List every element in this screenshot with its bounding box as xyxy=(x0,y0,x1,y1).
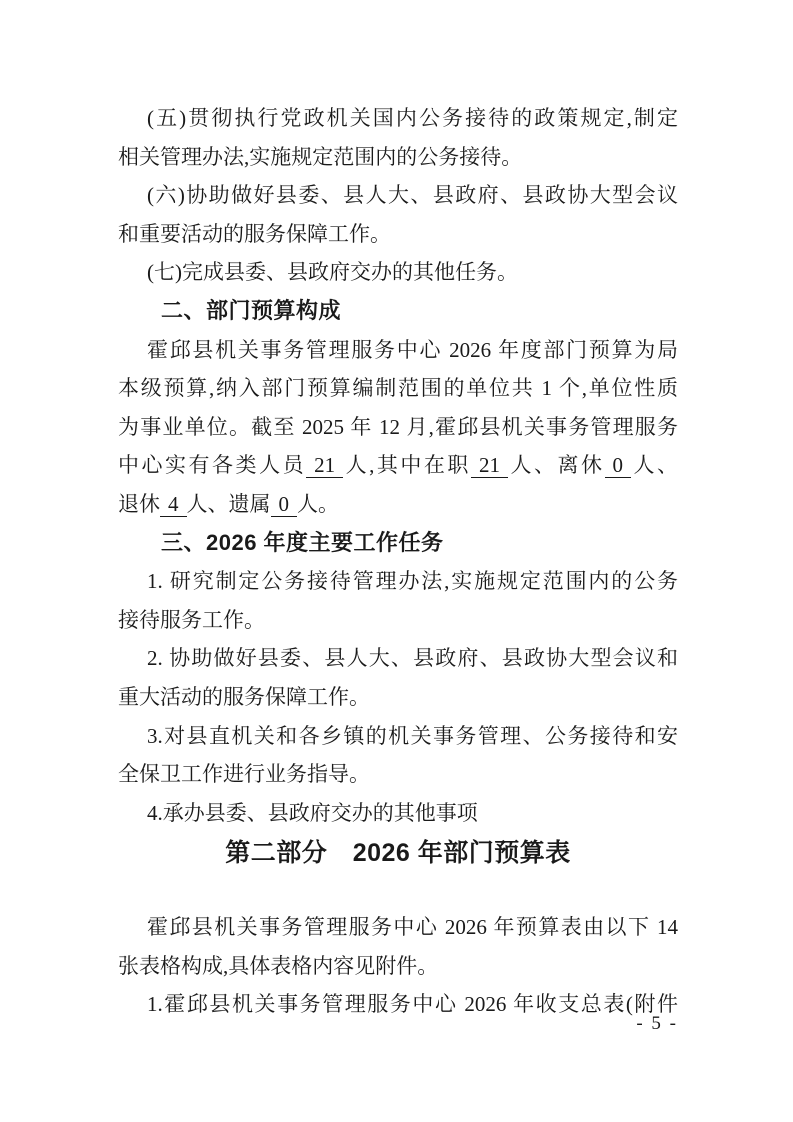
staff-text-5: 退休 xyxy=(118,492,160,516)
task-3-line-1: 3.对县直机关和各乡镇的机关事务管理、公务接待和安 xyxy=(118,717,678,756)
staff-text-2: 人,其中在职 xyxy=(343,453,471,477)
task-2-line-1: 2. 协助做好县委、县人大、县政府、县政协大型会议和 xyxy=(118,639,678,678)
staff-tuixiu-blank: 4 xyxy=(160,492,187,517)
staff-onduty-blank: 21 xyxy=(471,453,508,478)
page-number: - 5 - xyxy=(118,1012,678,1036)
staff-count-line-2: 退休4人、遗属0人。 xyxy=(118,485,678,524)
staff-text-3: 人、离休 xyxy=(508,453,605,477)
staff-lixiu-blank: 0 xyxy=(605,453,632,478)
budget-paragraph-line-3: 为事业单位。截至 2025 年 12 月,霍邱县机关事务管理服务 xyxy=(118,408,678,447)
staff-text-7: 人。 xyxy=(297,492,339,516)
staff-text-1: 中心实有各类人员 xyxy=(118,453,306,477)
duty-item-6-line-2: 和重要活动的服务保障工作。 xyxy=(118,215,678,254)
staff-text-4: 人、 xyxy=(631,453,678,477)
tables-paragraph-line-1: 霍邱县机关事务管理服务中心 2026 年预算表由以下 14 xyxy=(118,908,678,947)
staff-total-blank: 21 xyxy=(306,453,343,478)
task-3-line-2: 全保卫工作进行业务指导。 xyxy=(118,755,678,794)
part-2-heading: 第二部分 2026 年部门预算表 xyxy=(118,832,678,874)
staff-count-line-1: 中心实有各类人员21人,其中在职21人、离休0人、 xyxy=(118,446,678,485)
task-1-line-1: 1. 研究制定公务接待管理办法,实施规定范围内的公务 xyxy=(118,562,678,601)
task-4-line-1: 4.承办县委、县政府交办的其他事项 xyxy=(118,794,678,833)
staff-yishu-blank: 0 xyxy=(271,492,298,517)
section-2-heading: 二、部门预算构成 xyxy=(118,292,678,331)
budget-paragraph-line-2: 本级预算,纳入部门预算编制范围的单位共 1 个,单位性质 xyxy=(118,369,678,408)
duty-item-6-line-1: (六)协助做好县委、县人大、县政府、县政协大型会议 xyxy=(118,176,678,215)
duty-item-5-line-1: (五)贯彻执行党政机关国内公务接待的政策规定,制定 xyxy=(118,99,678,138)
section-3-heading: 三、2026 年度主要工作任务 xyxy=(118,524,678,563)
duty-item-7-line-1: (七)完成县委、县政府交办的其他任务。 xyxy=(118,253,678,292)
document-body: (五)贯彻执行党政机关国内公务接待的政策规定,制定 相关管理办法,实施规定范围内… xyxy=(118,99,678,1024)
duty-item-5-line-2: 相关管理办法,实施规定范围内的公务接待。 xyxy=(118,138,678,177)
document-page: (五)贯彻执行党政机关国内公务接待的政策规定,制定 相关管理办法,实施规定范围内… xyxy=(0,0,793,1122)
budget-paragraph-line-1: 霍邱县机关事务管理服务中心 2026 年度部门预算为局 xyxy=(118,331,678,370)
staff-text-6: 人、遗属 xyxy=(187,492,271,516)
tables-paragraph-line-2: 张表格构成,具体表格内容见附件。 xyxy=(118,947,678,986)
task-2-line-2: 重大活动的服务保障工作。 xyxy=(118,678,678,717)
task-1-line-2: 接待服务工作。 xyxy=(118,601,678,640)
